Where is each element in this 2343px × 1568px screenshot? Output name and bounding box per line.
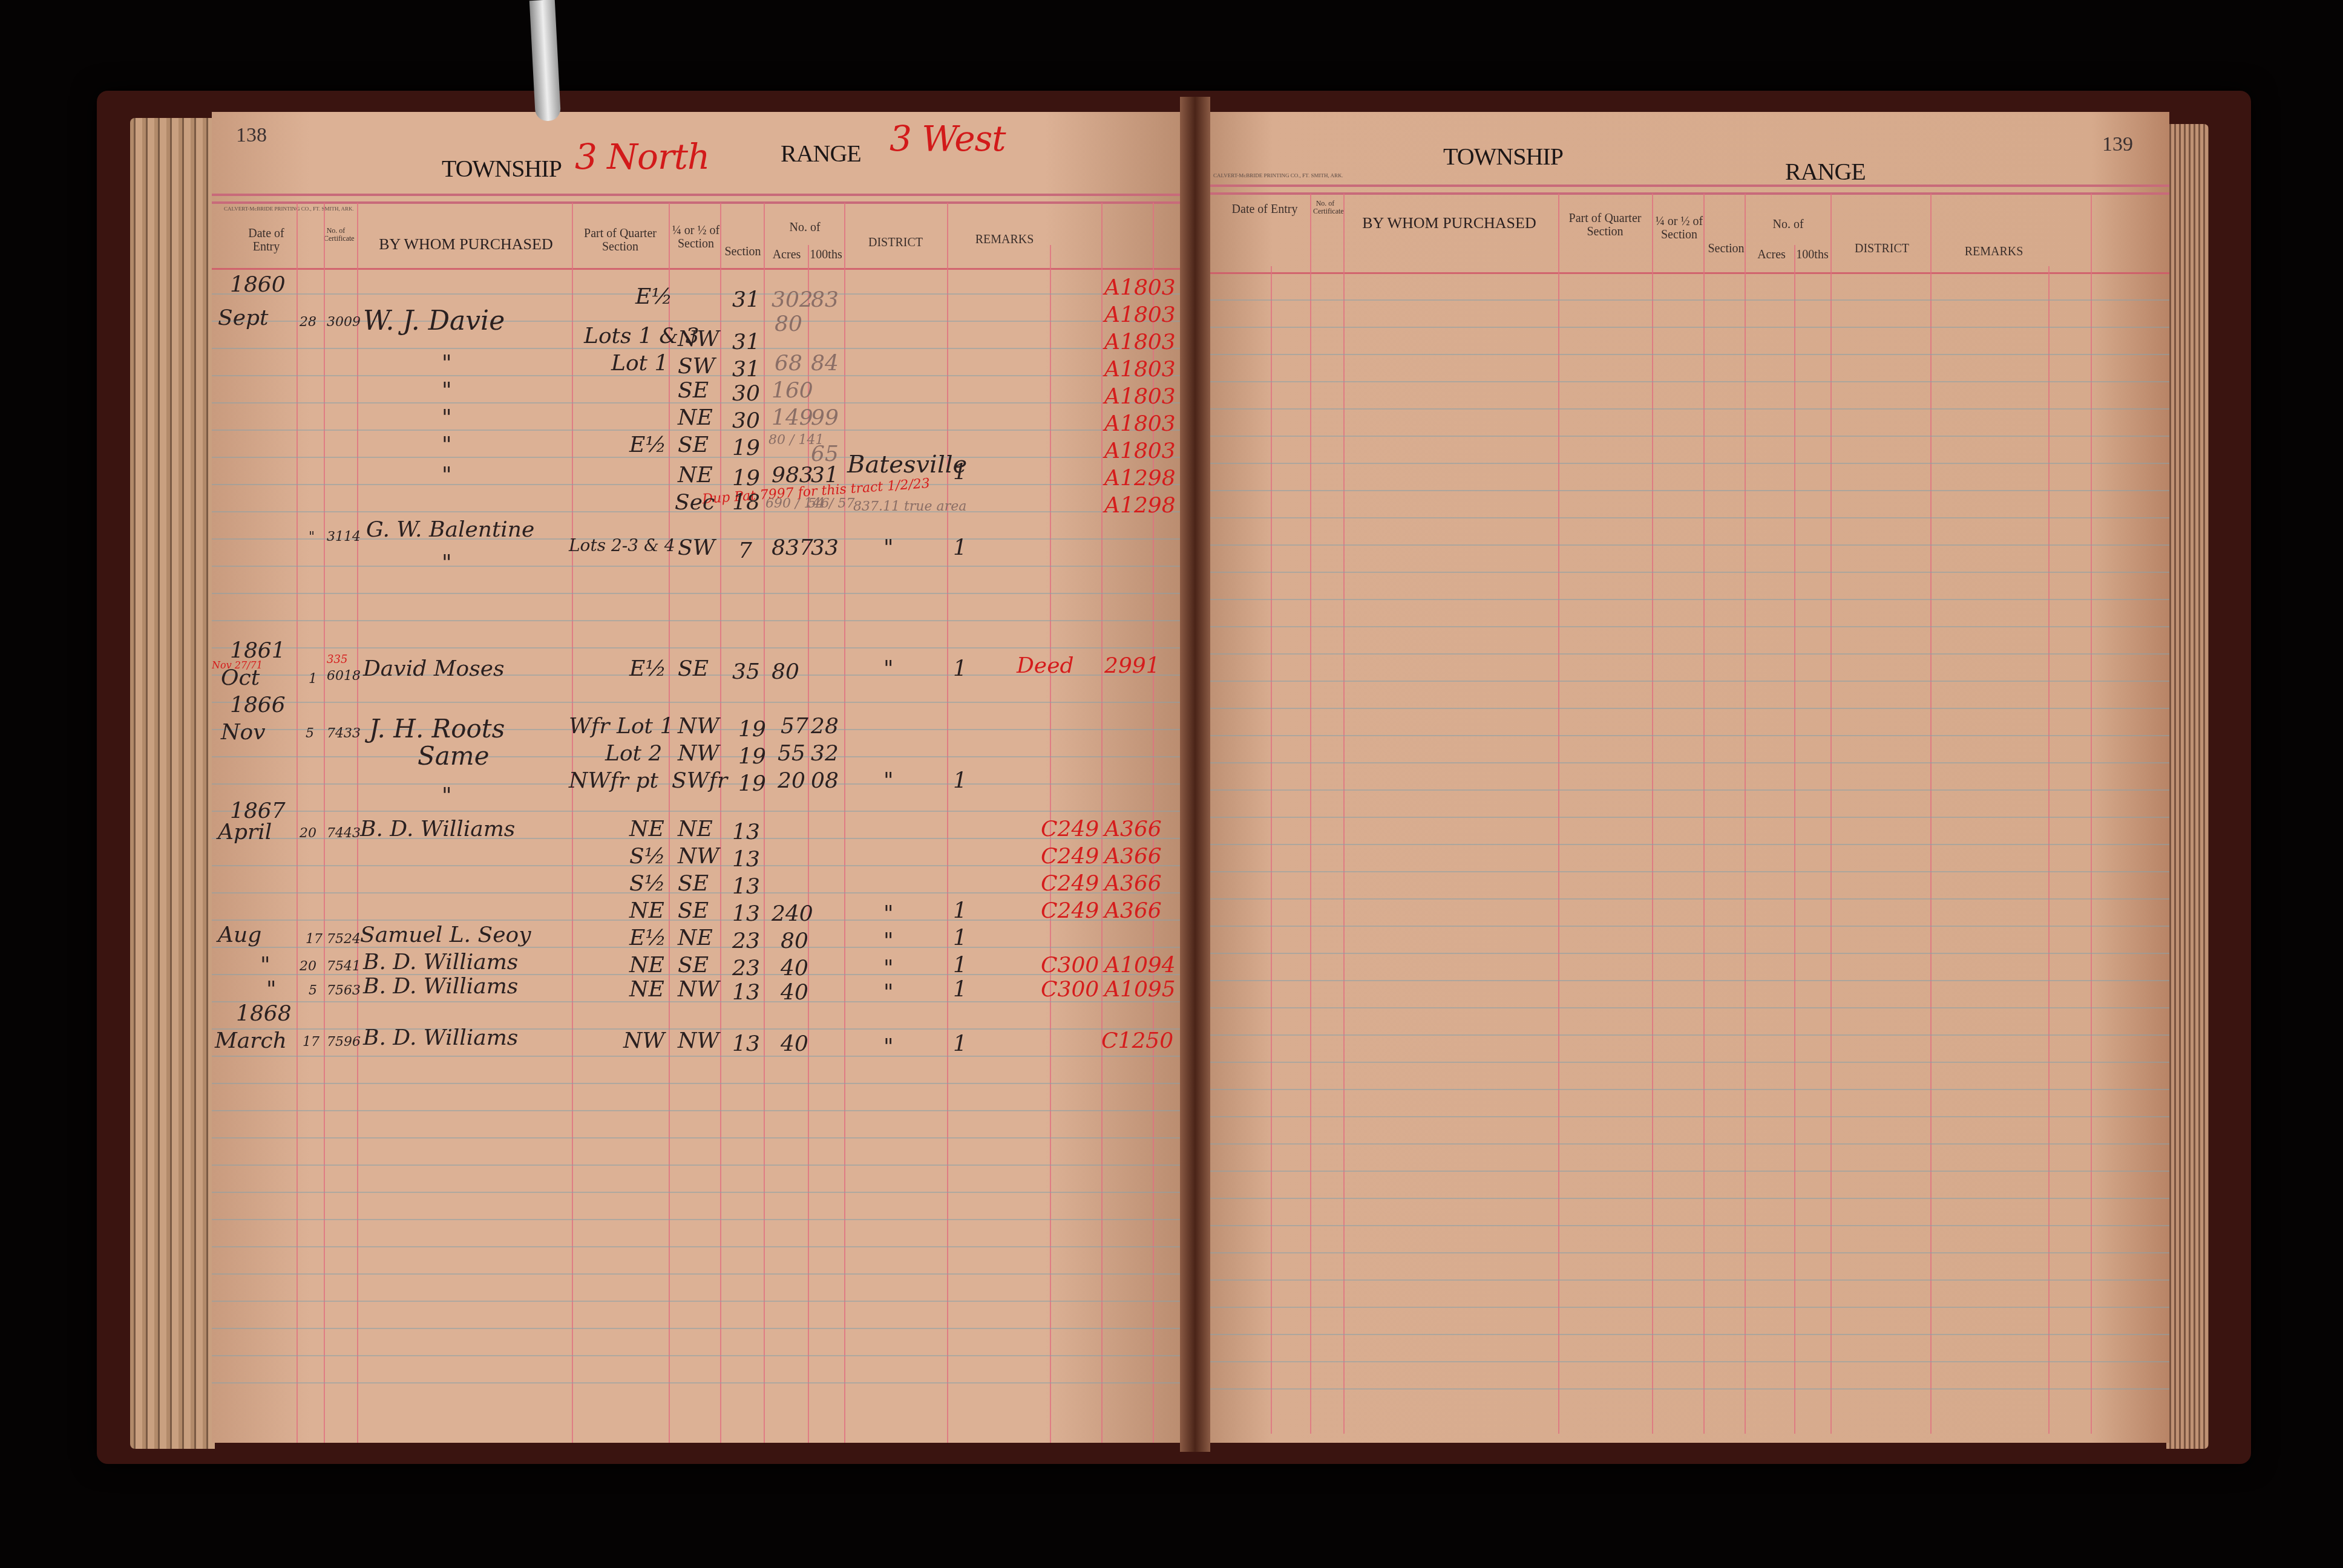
entry-acres: 57 <box>781 714 808 739</box>
col-no-of-certificate: No. of Certificate <box>324 227 348 243</box>
entry-day: 20 <box>300 826 316 841</box>
col-district: DISTRICT <box>847 236 944 249</box>
entry-day: 17 <box>303 1034 319 1050</box>
entry-year: 1866 <box>230 693 286 717</box>
township-value: 3 North <box>575 136 709 177</box>
entry-quarter: SW <box>678 354 715 379</box>
header-rule <box>212 194 1192 196</box>
entry-purchaser: Samuel L. Seoy <box>360 923 531 947</box>
entry-month: Oct <box>221 665 260 690</box>
entry-month: March <box>215 1028 287 1053</box>
entry-acres: 160 <box>772 378 813 403</box>
ruling <box>1745 194 1746 1434</box>
entry-code: A1095 <box>1104 977 1176 1002</box>
ruling <box>1195 898 2169 900</box>
entry-part: Lot 1 <box>611 351 668 376</box>
ruling <box>1310 194 1311 1434</box>
entry-district: " <box>883 768 894 793</box>
ruling <box>212 293 1192 295</box>
entry-part: E½ <box>629 433 666 457</box>
entry-district: " <box>883 1034 894 1059</box>
ruling <box>1195 1388 2169 1390</box>
ruling <box>212 702 1192 703</box>
entry-code: A1094 <box>1104 953 1176 978</box>
ruling <box>1271 266 1272 1434</box>
entry-section: 19 <box>738 744 766 769</box>
ruling <box>1195 1143 2169 1145</box>
ruling <box>1195 436 2169 437</box>
col-district: DISTRICT <box>1837 242 1927 255</box>
entry-district: " <box>883 956 894 981</box>
entry-section: 19 <box>732 436 760 460</box>
ruling <box>720 203 721 1443</box>
entry-section: 13 <box>732 847 760 872</box>
page-number: 138 <box>236 124 267 147</box>
entry-section: 18 <box>732 490 760 515</box>
entry-part: E½ <box>635 284 672 309</box>
ruling <box>212 1137 1192 1138</box>
entry-quarter: SE <box>678 656 709 681</box>
ruling <box>1652 194 1653 1434</box>
col-by-whom-purchased: BY WHOM PURCHASED <box>363 236 569 253</box>
ruling <box>1195 408 2169 410</box>
entry-quarter: NE <box>678 926 713 950</box>
ruling <box>1343 194 1345 1434</box>
entry-purchaser: " <box>442 405 452 430</box>
col-quarter-half-section: ¼ or ½ of Section <box>672 224 720 250</box>
entry-acres: 240 <box>772 901 813 926</box>
ruling <box>212 1355 1192 1356</box>
ruling <box>1195 327 2169 328</box>
entry-quarter: SE <box>678 378 709 403</box>
ruling <box>1703 194 1705 1434</box>
township-label: TOWNSHIP <box>1443 142 1563 171</box>
col-section: Section <box>1706 242 1746 255</box>
entry-certificate: 6018 <box>327 668 361 684</box>
ruling <box>572 203 573 1443</box>
ruling <box>1195 1089 2169 1090</box>
entry-acres: 302 <box>772 287 813 312</box>
entry-month: " <box>266 977 277 1002</box>
entry-section: 13 <box>732 901 760 926</box>
ruling <box>1195 1307 2169 1308</box>
entry-code: A1803 <box>1104 439 1176 463</box>
entry-section: 30 <box>732 408 760 433</box>
entry-code: A1298 <box>1104 466 1176 491</box>
entry-part: NW <box>623 1028 665 1053</box>
entry-quarter: NW <box>678 327 719 351</box>
entry-month: Aug <box>218 923 261 947</box>
entry-remark: C249 <box>1041 844 1099 869</box>
entry-part: NE <box>629 898 664 923</box>
entry-remark: C249 <box>1041 871 1099 896</box>
ruling <box>1195 1225 2169 1226</box>
entry-part: Lot 2 <box>605 741 662 766</box>
entry-section: 13 <box>732 874 760 899</box>
entry-acres: 80 <box>775 312 802 336</box>
entry-section: 23 <box>732 929 760 953</box>
entry-day: 28 <box>300 315 316 330</box>
entry-acres: 40 <box>781 956 808 981</box>
header-rule <box>1195 192 2169 195</box>
col-part-of-quarter-section: Part of Quarter Section <box>1558 212 1652 238</box>
entry-section: 13 <box>732 820 760 844</box>
header-rule <box>1195 185 2169 187</box>
ruling <box>1195 980 2169 981</box>
entry-hundredths: 83 <box>811 287 839 312</box>
entry-certificate: 7524 <box>327 932 361 947</box>
ruling <box>1195 1361 2169 1362</box>
ruling <box>212 593 1192 594</box>
township-label: TOWNSHIP <box>442 154 562 183</box>
ruling <box>844 203 845 1443</box>
entry-quarter: SWfr <box>672 768 727 793</box>
entry-code: A366 <box>1104 871 1162 896</box>
entry-year: 1860 <box>230 272 286 297</box>
entry-quarter: NW <box>678 977 719 1002</box>
entry-section: 31 <box>732 357 760 382</box>
ruling <box>1195 953 2169 954</box>
ruling <box>1195 1252 2169 1253</box>
col-acres: Acres <box>1749 248 1794 261</box>
entry-day: 1 <box>309 671 317 687</box>
ruling <box>1195 762 2169 763</box>
entry-purchaser: " <box>442 550 452 575</box>
entry-part: Wfr Lot 1 <box>569 714 673 739</box>
entry-certificate-note: 335 <box>327 653 347 666</box>
entry-tally: 1 <box>953 535 967 560</box>
entry-district: " <box>883 656 894 681</box>
ruling <box>764 203 765 1443</box>
entry-hundredths: 99 <box>811 405 839 430</box>
entry-purchaser: B. D. Williams <box>363 1025 518 1050</box>
entry-certificate: 7433 <box>327 726 361 741</box>
ruling <box>1195 517 2169 518</box>
page-number: 139 <box>2102 133 2133 156</box>
left-page: 138 TOWNSHIP 3 North RANGE 3 West CALVER… <box>212 112 1192 1443</box>
entry-year: 1868 <box>236 1001 292 1026</box>
entry-district: " <box>883 929 894 953</box>
entry-section: 19 <box>738 771 766 796</box>
entry-hundredths: 55 <box>778 741 805 766</box>
page-edges-left <box>130 118 215 1449</box>
entry-acres: 20 <box>778 768 805 793</box>
col-no-of: No. of <box>765 221 844 234</box>
column-head-rule <box>1195 272 2169 274</box>
entry-tally: 1 <box>953 768 967 793</box>
entry-acres: 40 <box>781 980 808 1005</box>
ruling <box>669 203 670 1443</box>
ruling <box>1195 926 2169 927</box>
entry-section: 19 <box>738 717 766 742</box>
ruling <box>1195 1334 2169 1335</box>
ruling <box>212 566 1192 567</box>
entry-purchaser: B. D. Williams <box>360 817 515 841</box>
entry-section: 31 <box>732 287 760 312</box>
ruling <box>2048 266 2050 1434</box>
entry-month: Nov <box>221 720 266 745</box>
entry-hundredths: 84 <box>811 351 839 376</box>
entry-certificate: 7596 <box>327 1034 361 1050</box>
entry-quarter: NW <box>678 1028 719 1053</box>
entry-purchaser: J. H. Roots <box>369 714 505 743</box>
ruling <box>212 811 1192 812</box>
ruling <box>212 1165 1192 1166</box>
ruling <box>212 1328 1192 1329</box>
entry-purchaser: B. D. Williams <box>363 950 518 975</box>
ruling <box>1195 789 2169 791</box>
col-no-of: No. of <box>1749 218 1827 231</box>
entry-quarter: Sec <box>675 490 715 515</box>
entry-code: A1803 <box>1104 330 1176 354</box>
ruling <box>1195 653 2169 655</box>
entry-quarter: NE <box>678 463 713 488</box>
ruling <box>212 1382 1192 1383</box>
entry-remark: C249 <box>1041 898 1099 923</box>
entry-code: A1298 <box>1104 493 1176 518</box>
entry-section: 30 <box>732 381 760 406</box>
entry-district: Batesville <box>847 451 967 479</box>
entry-section: 13 <box>732 1031 760 1056</box>
entry-tally: 1 <box>953 898 967 923</box>
col-hundredths: 100ths <box>808 248 844 261</box>
entry-certificate: 7541 <box>327 959 361 974</box>
printer-imprint: CALVERT-McBRIDE PRINTING CO., FT. SMITH,… <box>1213 172 1343 178</box>
book-gutter <box>1180 97 1210 1452</box>
entry-certificate: 7443 <box>327 826 361 841</box>
ruling <box>1195 1034 2169 1036</box>
entry-code: C1250 <box>1101 1028 1173 1053</box>
ruling <box>212 1301 1192 1302</box>
entry-hundredths: 08 <box>811 768 839 793</box>
col-date-of-entry: Date of Entry <box>236 227 297 253</box>
ruling <box>212 1083 1192 1084</box>
entry-remark: Deed <box>1017 653 1074 678</box>
entry-code: A1803 <box>1104 411 1176 436</box>
entry-tally: 1 <box>953 460 967 485</box>
ruling <box>212 1219 1192 1220</box>
entry-purchaser: " <box>442 433 452 457</box>
col-by-whom-purchased: BY WHOM PURCHASED <box>1346 215 1552 232</box>
ruling <box>1195 490 2169 491</box>
entry-hundredths: 54 / 57 <box>808 496 854 511</box>
entry-purchaser: " <box>442 783 452 808</box>
ruling <box>212 1192 1192 1193</box>
ruling <box>1930 194 1932 1434</box>
entry-part: E½ <box>629 926 666 950</box>
ruling <box>1195 1007 2169 1008</box>
entry-section: 13 <box>732 980 760 1005</box>
entry-purchaser: " <box>442 351 452 376</box>
ruling <box>1195 1198 2169 1199</box>
col-hundredths: 100ths <box>1794 248 1830 261</box>
entry-remark: C249 <box>1041 817 1099 841</box>
entry-quarter: SE <box>678 871 709 896</box>
ruling <box>212 1273 1192 1275</box>
ruling <box>212 647 1192 648</box>
column-head-rule <box>212 268 1192 270</box>
entry-purchaser: David Moses <box>363 656 504 681</box>
col-remarks: REMARKS <box>1939 245 2048 258</box>
entry-purchaser: " <box>442 378 452 403</box>
entry-part: NE <box>629 977 664 1002</box>
ruling <box>212 620 1192 621</box>
entry-quarter: SE <box>678 898 709 923</box>
entry-acres: 80 <box>781 929 808 953</box>
entry-part: NWfr pt <box>569 768 658 793</box>
entry-district: " <box>883 980 894 1005</box>
entry-acres: 40 <box>781 1031 808 1056</box>
ruling <box>1195 681 2169 682</box>
range-value: 3 West <box>890 118 1006 159</box>
ruling <box>357 203 358 1443</box>
entry-tally: 1 <box>953 1031 967 1056</box>
entry-section: 23 <box>732 956 760 981</box>
entry-section: 31 <box>732 330 760 354</box>
ruling <box>212 1246 1192 1247</box>
ruling <box>324 203 325 1443</box>
entry-code: 2991 <box>1104 653 1160 678</box>
col-part-of-quarter-section: Part of Quarter Section <box>575 227 666 253</box>
entry-purchaser: Same <box>418 741 490 771</box>
entry-day: 20 <box>300 959 316 974</box>
entry-certificate: 3009 <box>327 315 361 330</box>
entry-quarter: NW <box>678 714 719 739</box>
entry-part: NE <box>629 953 664 978</box>
ruling <box>1794 245 1795 1434</box>
entry-quarter: NW <box>678 741 719 766</box>
entry-district: " <box>883 901 894 926</box>
col-acres: Acres <box>765 248 808 261</box>
entry-remark: C300 <box>1041 977 1099 1002</box>
ruling <box>1195 1171 2169 1172</box>
ruling <box>1195 1279 2169 1281</box>
entry-day: 5 <box>306 726 314 741</box>
ruling <box>1195 1116 2169 1117</box>
col-section: Section <box>723 245 762 258</box>
col-no-of-certificate: No. of Certificate <box>1313 200 1337 215</box>
ruling <box>1195 708 2169 709</box>
entry-month: " <box>260 953 270 978</box>
entry-code: A1803 <box>1104 384 1176 409</box>
ruling <box>1195 354 2169 355</box>
entry-part: NE <box>629 817 664 841</box>
ruling <box>212 1056 1192 1057</box>
entry-acres: 837 <box>772 535 813 560</box>
entry-acres: 68 <box>775 351 802 376</box>
ruling <box>1195 871 2169 872</box>
ruling <box>1195 381 2169 382</box>
entry-tally: 1 <box>953 977 967 1002</box>
entry-purchaser: B. D. Williams <box>363 974 518 999</box>
entry-month: Sept <box>218 305 268 330</box>
ruling <box>1195 817 2169 818</box>
printer-imprint: CALVERT-McBRIDE PRINTING CO., FT. SMITH,… <box>224 206 354 212</box>
entry-hundredths: 32 <box>811 741 839 766</box>
col-quarter-half-section: ¼ or ½ of Section <box>1655 215 1703 241</box>
ruling <box>1830 194 1832 1434</box>
entry-purchaser: G. W. Balentine <box>366 517 534 542</box>
range-label: RANGE <box>1785 157 1866 186</box>
entry-part: S½ <box>629 844 666 869</box>
entry-code: A1803 <box>1104 275 1176 300</box>
ruling <box>212 1110 1192 1111</box>
entry-part: S½ <box>629 871 666 896</box>
entry-hundredths: 28 <box>811 714 839 739</box>
entry-part: Lots 2-3 & 4 <box>569 535 675 555</box>
col-date-of-entry: Date of Entry <box>1231 203 1298 216</box>
entry-quarter: NE <box>678 817 713 841</box>
ruling <box>1558 194 1559 1434</box>
ruling <box>947 203 948 1443</box>
entry-code: A366 <box>1104 844 1162 869</box>
page-edges-right <box>2166 124 2209 1449</box>
entry-code: A1803 <box>1104 357 1176 382</box>
entry-section: 35 <box>732 659 760 684</box>
header-rule <box>212 201 1192 204</box>
entry-acres: 80 <box>772 659 799 684</box>
entry-code: A1803 <box>1104 302 1176 327</box>
entry-section: 19 <box>732 466 760 491</box>
ruling <box>1195 599 2169 600</box>
entry-month: April <box>218 820 272 844</box>
entry-district: " <box>883 535 894 560</box>
entry-certificate: 7563 <box>327 983 361 998</box>
ruling <box>1195 735 2169 736</box>
entry-day: " <box>309 529 315 544</box>
entry-code: A366 <box>1104 817 1162 841</box>
entry-section: 7 <box>738 538 752 563</box>
entry-day: 5 <box>309 983 317 998</box>
ruling <box>297 203 298 1443</box>
ruling <box>1195 626 2169 627</box>
entry-acres: 983 <box>772 463 813 488</box>
entry-acres: 149 <box>772 405 813 430</box>
entry-certificate: 3114 <box>327 529 361 544</box>
entry-hundredths: 33 <box>811 535 839 560</box>
ruling <box>1195 572 2169 573</box>
entry-quarter: SE <box>678 953 709 978</box>
ruling <box>1195 463 2169 464</box>
ruling <box>2091 194 2092 1434</box>
entry-code: A366 <box>1104 898 1162 923</box>
entry-tally: 1 <box>953 953 967 978</box>
entry-district: 837.11 true area <box>853 499 966 514</box>
entry-day: 17 <box>306 932 323 947</box>
entry-purchaser: " <box>442 463 452 488</box>
entry-tally: 1 <box>953 656 967 681</box>
ruling <box>1195 844 2169 845</box>
right-page: 139 TOWNSHIP RANGE CALVERT-McBRIDE PRINT… <box>1195 112 2169 1443</box>
entry-quarter: SE <box>678 433 709 457</box>
entry-quarter: NW <box>678 844 719 869</box>
entry-remark: C300 <box>1041 953 1099 978</box>
ruling <box>1195 1062 2169 1063</box>
ruling <box>1195 299 2169 301</box>
entry-part: E½ <box>629 656 666 681</box>
range-label: RANGE <box>781 139 861 168</box>
ruling <box>1195 544 2169 546</box>
entry-quarter: SW <box>678 535 715 560</box>
entry-purchaser: W. J. Davie <box>363 305 505 336</box>
entry-quarter: NE <box>678 405 713 430</box>
entry-tally: 1 <box>953 926 967 950</box>
col-remarks: REMARKS <box>950 233 1059 246</box>
ruling <box>1101 203 1103 1443</box>
